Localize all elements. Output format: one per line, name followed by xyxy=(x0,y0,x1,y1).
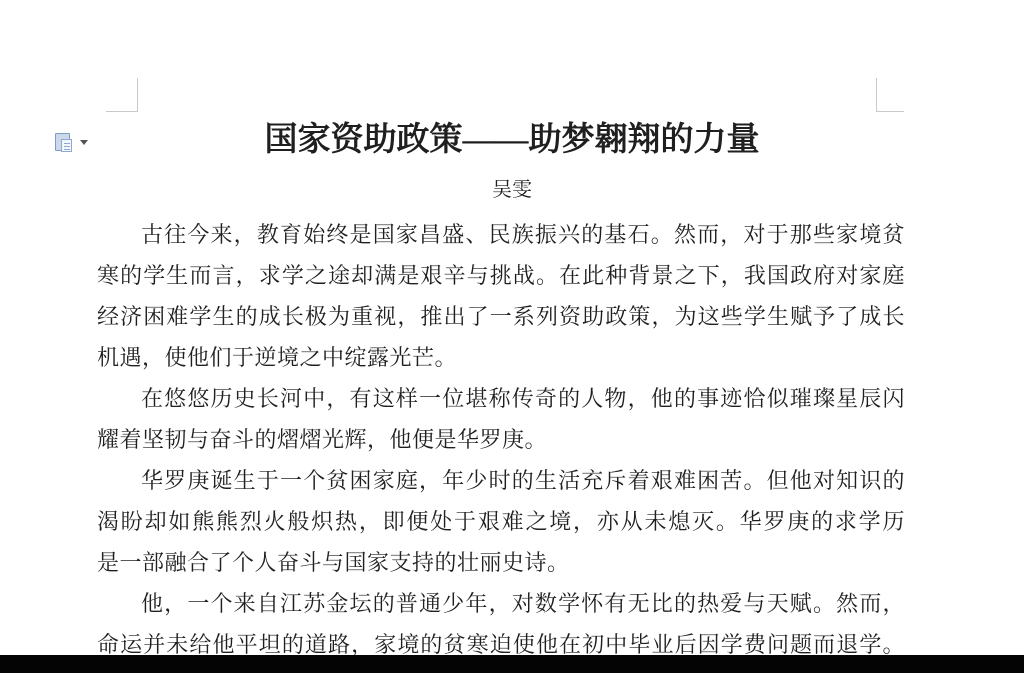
text-line: 他，一个来自江苏金坛的普通少年，对数学怀有无比的热爱与天赋。然而， xyxy=(97,583,905,624)
document-author: 吴雯 xyxy=(0,174,1024,206)
document-body-text[interactable]: 古往今来，教育始终是国家昌盛、民族振兴的基石。然而，对于那些家境贫寒的学生而言，… xyxy=(97,214,905,665)
text-boundary-mark-top-right xyxy=(876,78,904,112)
document-page[interactable]: 国家资助政策——助梦翱翔的力量 吴雯 古往今来，教育始终是国家昌盛、民族振兴的基… xyxy=(0,0,1024,655)
text-line: 华罗庚诞生于一个贫困家庭，年少时的生活充斥着艰难困苦。但他对知识的 xyxy=(97,460,905,501)
text-line: 古往今来，教育始终是国家昌盛、民族振兴的基石。然而，对于那些家境贫 xyxy=(97,214,905,255)
text-line: 寒的学生而言，求学之途却满是艰辛与挑战。在此种背景之下，我国政府对家庭 xyxy=(97,255,905,296)
letterbox-bottom xyxy=(0,655,1024,673)
document-title: 国家资助政策——助梦翱翔的力量 xyxy=(0,116,1024,164)
text-line: 耀着坚韧与奋斗的熠熠光辉，他便是华罗庚。 xyxy=(97,419,905,460)
text-line: 是一部融合了个人奋斗与国家支持的壮丽史诗。 xyxy=(97,542,905,583)
text-line: 机遇，使他们于逆境之中绽露光芒。 xyxy=(97,337,905,378)
text-line: 渴盼却如熊熊烈火般炽热，即便处于艰难之境，亦从未熄灭。华罗庚的求学历程， xyxy=(97,501,905,542)
text-line: 经济困难学生的成长极为重视，推出了一系列资助政策，为这些学生赋予了成长 xyxy=(97,296,905,337)
text-boundary-mark-top-left xyxy=(106,78,138,112)
text-line: 在悠悠历史长河中，有这样一位堪称传奇的人物，他的事迹恰似璀璨星辰闪 xyxy=(97,378,905,419)
